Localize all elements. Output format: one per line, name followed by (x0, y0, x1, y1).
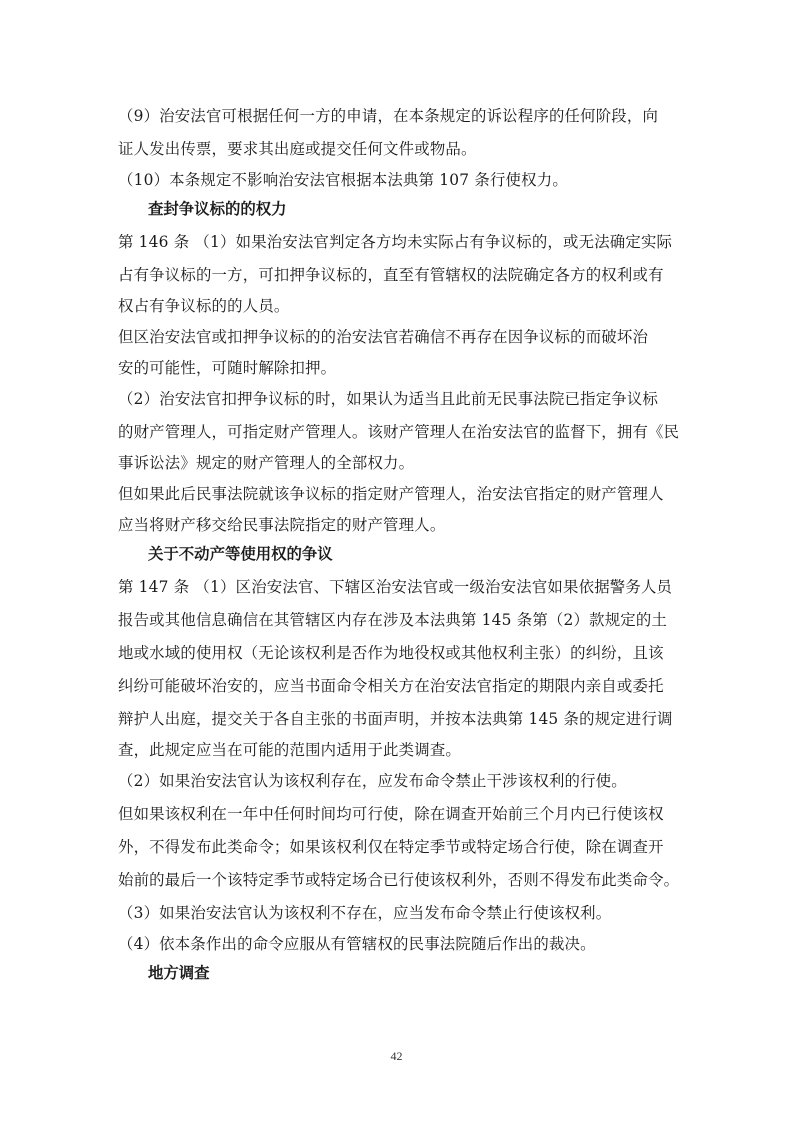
document-page: （9）治安法官可根据任何一方的申请，在本条规定的诉讼程序的任何阶段，向 证人发出… (118, 100, 684, 990)
paragraph-line: 第 146 条 （1）如果治安法官判定各方均未实际占有争议标的，或无法确定实际 (118, 226, 684, 259)
page-number: 42 (0, 1049, 793, 1064)
paragraph-line: 安的可能性，可随时解除扣押。 (118, 354, 684, 383)
paragraph-line: （2）治安法官扣押争议标的时，如果认为适当且此前无民事法院已指定争议标 (118, 383, 684, 416)
paragraph-line: 始前的最后一个该特定季节或特定场合已行使该权利外，否则不得发布此类命令。 (118, 864, 684, 897)
section-heading: 地方调查 (118, 959, 684, 990)
paragraph-line: 查，此规定应当在可能的范围内适用于此类调查。 (118, 736, 684, 765)
paragraph-line: 应当将财产移交给民事法院指定的财产管理人。 (118, 511, 684, 540)
paragraph-line: 辩护人出庭，提交关于各自主张的书面声明，并按本法典第 145 条的规定进行调 (118, 703, 684, 736)
paragraph-line: 外，不得发布此类命令；如果该权利仅在特定季节或特定场合行使，除在调查开 (118, 831, 684, 864)
paragraph-line: 但如果该权利在一年中任何时间均可行使，除在调查开始前三个月内已行使该权 (118, 798, 684, 831)
paragraph-line: 占有争议标的一方，可扣押争议标的，直至有管辖权的法院确定各方的权利或有 (118, 259, 684, 292)
paragraph-line: 但如果此后民事法院就该争议标的指定财产管理人，治安法官指定的财产管理人 (118, 478, 684, 511)
section-heading: 关于不动产等使用权的争议 (118, 540, 684, 571)
paragraph-line: 证人发出传票，要求其出庭或提交任何文件或物品。 (118, 133, 684, 166)
paragraph-line: （4）依本条作出的命令应服从有管辖权的民事法院随后作出的裁决。 (118, 930, 684, 959)
paragraph-line: 事诉讼法》规定的财产管理人的全部权力。 (118, 449, 684, 478)
section-heading: 查封争议标的的权力 (118, 195, 684, 226)
paragraph-line: 第 147 条 （1）区治安法官、下辖区治安法官或一级治安法官如果依据警务人员 (118, 571, 684, 604)
paragraph-line: 报告或其他信息确信在其管辖区内存在涉及本法典第 145 条第（2）款规定的土 (118, 604, 684, 637)
paragraph-line: 纠纷可能破坏治安的，应当书面命令相关方在治安法官指定的期限内亲自或委托 (118, 670, 684, 703)
paragraph-line: （3）如果治安法官认为该权利不存在，应当发布命令禁止行使该权利。 (118, 897, 684, 930)
paragraph-line: （10）本条规定不影响治安法官根据本法典第 107 条行使权力。 (118, 166, 684, 195)
paragraph-line: 的财产管理人，可指定财产管理人。该财产管理人在治安法官的监督下，拥有《民 (118, 416, 684, 449)
paragraph-line: 权占有争议标的的人员。 (118, 292, 684, 321)
paragraph-line: 地或水域的使用权（无论该权利是否作为地役权或其他权利主张）的纠纷，且该 (118, 637, 684, 670)
paragraph-line: 但区治安法官或扣押争议标的的治安法官若确信不再存在因争议标的而破坏治 (118, 321, 684, 354)
paragraph-line: （9）治安法官可根据任何一方的申请，在本条规定的诉讼程序的任何阶段，向 (118, 100, 684, 133)
paragraph-line: （2）如果治安法官认为该权利存在，应发布命令禁止干涉该权利的行使。 (118, 765, 684, 798)
